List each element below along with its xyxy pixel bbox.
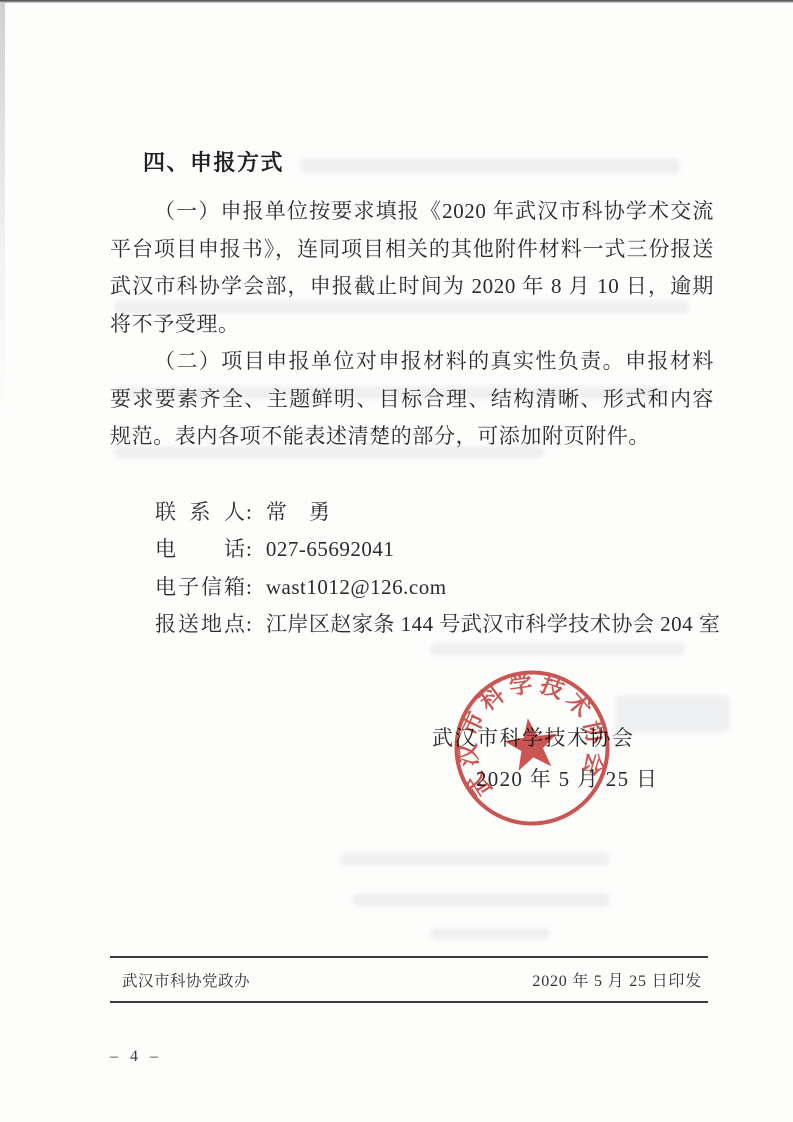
bleedthrough-artifact: [340, 852, 610, 866]
contact-phone-value: 027-65692041: [266, 537, 395, 561]
contact-colon: :: [246, 531, 252, 569]
contact-row-person: 联系人:常 勇: [155, 494, 714, 532]
bleedthrough-artifact: [430, 642, 685, 656]
contact-label: 电子信箱: [155, 569, 245, 607]
contact-label: 电话: [155, 531, 245, 569]
contact-row-phone: 电话:027-65692041: [155, 531, 714, 569]
paragraph-material-requirements: （二）项目申报单位对申报材料的真实性负责。申报材料要求要素齐全、主题鲜明、目标合…: [110, 343, 714, 456]
contact-colon: :: [246, 494, 252, 532]
contact-address-value: 江岸区赵家条 144 号武汉市科学技术协会 204 室: [266, 612, 721, 636]
contact-row-address: 报送地点:江岸区赵家条 144 号武汉市科学技术协会 204 室: [155, 606, 714, 644]
seal-star-icon: [501, 715, 561, 773]
contact-colon: :: [246, 606, 252, 644]
contact-info-block: 联系人:常 勇 电话:027-65692041 电子信箱:wast1012@12…: [155, 494, 714, 644]
footer-print-date: 2020 年 5 月 25 日印发: [532, 968, 702, 991]
section-heading: 四、申报方式: [143, 150, 714, 176]
scan-left-edge-artifact: [0, 3, 5, 423]
paragraph-application-procedure: （一）申报单位按要求填报《2020 年武汉市科协学术交流平台项目申报书》，连同项…: [110, 193, 714, 343]
contact-email-value: wast1012@126.com: [266, 575, 447, 599]
page-number: – 4 –: [110, 1048, 162, 1066]
footer-issuer-bar: 武汉市科协党政办 2020 年 5 月 25 日印发: [110, 956, 708, 1003]
contact-row-email: 电子信箱:wast1012@126.com: [155, 569, 714, 607]
document-body: 四、申报方式 （一）申报单位按要求填报《2020 年武汉市科协学术交流平台项目申…: [110, 150, 714, 644]
contact-label: 联系人: [155, 494, 245, 532]
contact-person-value: 常 勇: [266, 500, 331, 524]
official-seal-stamp: 武汉市科学技术协会: [436, 652, 628, 844]
bleedthrough-artifact: [430, 928, 550, 940]
contact-colon: :: [246, 569, 252, 607]
scanned-document-page: 四、申报方式 （一）申报单位按要求填报《2020 年武汉市科协学术交流平台项目申…: [0, 0, 793, 1122]
footer-issuing-office: 武汉市科协党政办: [122, 969, 250, 991]
scan-top-edge-artifact: [0, 0, 793, 3]
bleedthrough-artifact: [352, 893, 610, 907]
contact-label: 报送地点: [155, 606, 245, 644]
